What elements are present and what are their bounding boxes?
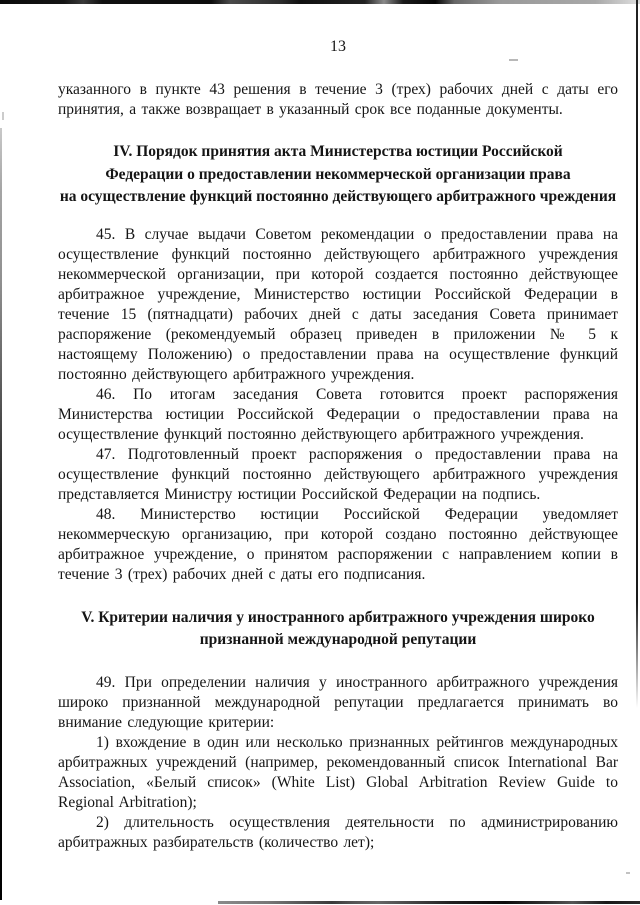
section-v-heading: V. Критерии наличия у иностранного арбит… — [58, 607, 618, 652]
scan-left-edge-artifact — [0, 128, 2, 900]
section-v-heading-line: V. Критерии наличия у иностранного арбит… — [58, 607, 618, 630]
scanned-document-page: 13 указанного в пункте 43 решения в тече… — [0, 0, 640, 905]
paragraph-48: 48. Министерство юстиции Российской Феде… — [58, 505, 618, 585]
scan-top-edge-artifact — [0, 0, 640, 4]
paragraph-45: 45. В случае выдачи Советом рекомендации… — [58, 225, 618, 385]
scan-right-edge-artifact — [636, 0, 638, 708]
section-iv-heading: IV. Порядок принятия акта Министерства ю… — [58, 141, 618, 209]
section-v-heading-line: признанной международной репутации — [58, 629, 618, 652]
scan-speck — [2, 112, 4, 120]
paragraph-continuation: указанного в пункте 43 решения в течение… — [58, 80, 618, 120]
paragraph-47: 47. Подготовленный проект распоряжения о… — [58, 445, 618, 505]
paragraph-49: 49. При определении наличия у иностранно… — [58, 673, 618, 733]
document-text-column: 13 указанного в пункте 43 решения в тече… — [58, 38, 618, 853]
section-iv-heading-line: на осуществление функций постоянно дейст… — [58, 186, 618, 209]
section-iv-heading-line: Федерации о предоставлении некоммерческо… — [58, 164, 618, 187]
section-iv-heading-line: IV. Порядок принятия акта Министерства ю… — [58, 141, 618, 164]
scan-bottom-edge-artifact — [218, 901, 640, 904]
paragraph-46: 46. По итогам заседания Совета готовится… — [58, 385, 618, 445]
list-item-1: 1) вхождение в один или несколько призна… — [58, 733, 618, 813]
page-number: 13 — [58, 38, 618, 56]
scan-speck — [626, 872, 630, 874]
list-item-2: 2) длительность осуществления деятельнос… — [58, 813, 618, 853]
